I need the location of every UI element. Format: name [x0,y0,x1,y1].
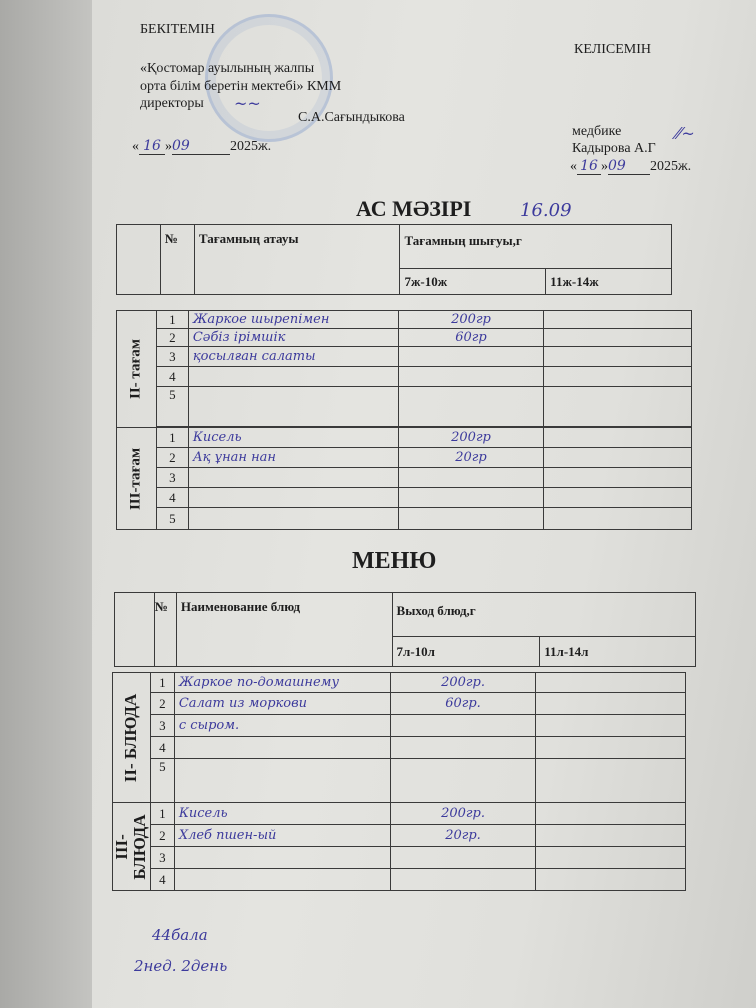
table-row: 2 Ақ ұнан нан 20гр [117,448,692,468]
table-row: II- БЛЮДА 1 Жаркое по-домашнему 200гр. [113,673,686,693]
yield-age1: 60гр [398,329,544,347]
yield-age2 [536,803,686,825]
row-number: 5 [156,508,188,530]
ru-section-2: II- БЛЮДА 1 Жаркое по-домашнему 200гр. 2… [113,673,686,803]
kz-header-yield: Тағамның шығуы,г [400,225,672,269]
yield-age1 [398,488,544,508]
approval-org-line2: орта білім беретін мектебі» КММ [140,79,341,95]
ru-header-age1: 7л-10л [392,637,540,667]
ru-section-3: III- БЛЮДА 1 Кисель 200гр. 2 Хлеб пшен-ы… [113,803,686,891]
yield-age1: 20гр [398,448,544,468]
table-row: 5 [117,387,692,427]
yield-age1 [390,715,536,737]
yield-age1 [390,869,536,891]
dish-name [174,737,390,759]
table-row: 4 [117,488,692,508]
kz-header-spacer [117,225,161,295]
kz-section-3: III-тағам 1 Кисель 200гр 2 Ақ ұнан нан 2… [117,428,692,530]
kz-section-2: II- тағам 1 Жаркое шырепімен 200гр 2 Сәб… [117,311,692,428]
ru-menu-header-table: № Наименование блюд Выход блюд,г 7л-10л … [114,592,696,667]
yield-age2 [544,508,692,530]
kz-section-2-label: II- тағам [128,339,145,399]
agreement-heading: КЕЛІСЕМІН [574,42,651,58]
row-number: 1 [150,803,174,825]
yield-age2 [536,737,686,759]
yield-age2 [536,673,686,693]
yield-age2 [536,869,686,891]
row-number: 2 [150,693,174,715]
kz-header-age2: 11ж-14ж [546,269,672,295]
approval-org-line1: «Қостомар ауылының жалпы [140,61,314,77]
dish-name: Кисель [188,428,398,448]
table-row: II- тағам 1 Жаркое шырепімен 200гр [117,311,692,329]
ru-section-label-cell: II- БЛЮДА [113,673,151,803]
yield-age2 [544,329,692,347]
ru-section-label-cell: III- БЛЮДА [113,803,151,891]
kz-section-label-cell: II- тағам [117,311,157,428]
agreement-position: медбике [572,124,621,140]
approval-date: «16»092025ж. [132,138,271,155]
yield-age1: 200гр [398,428,544,448]
ru-header-age2: 11л-14л [540,637,696,667]
table-row: 3 [113,847,686,869]
yield-age1: 200гр. [390,803,536,825]
ru-header-dish-name: Наименование блюд [176,593,392,667]
row-number: 4 [156,367,188,387]
yield-age1 [398,508,544,530]
row-number: 3 [156,468,188,488]
yield-age1 [398,367,544,387]
table-row: 4 [113,737,686,759]
yield-age2 [544,468,692,488]
table-row: III-тағам 1 Кисель 200гр [117,428,692,448]
yield-age1 [398,347,544,367]
dish-name: Жаркое шырепімен [188,311,398,329]
kz-section-3-label: III-тағам [128,447,145,509]
row-number: 3 [156,347,188,367]
dish-name [174,759,390,803]
row-number: 3 [150,847,174,869]
table-row: 4 [117,367,692,387]
yield-age1: 60гр. [390,693,536,715]
approval-date-year: 2025ж. [230,139,271,154]
yield-age2 [536,847,686,869]
dish-name: Жаркое по-домашнему [174,673,390,693]
row-number: 2 [156,329,188,347]
agreement-date: «16»092025ж. [570,158,691,175]
yield-age1 [390,847,536,869]
ru-menu-title: МЕНЮ [352,548,436,575]
yield-age2 [536,759,686,803]
agreement-date-year: 2025ж. [650,159,691,174]
kz-header-no: № [160,225,194,295]
dish-name: с сыром. [174,715,390,737]
dish-name [188,468,398,488]
row-number: 1 [156,311,188,329]
dish-name: Салат из моркови [174,693,390,715]
yield-age2 [544,367,692,387]
table-row: 3 с сыром. [113,715,686,737]
agreement-date-day: 16 [577,158,601,175]
table-row: 4 [113,869,686,891]
dish-name: Кисель [174,803,390,825]
yield-age1 [390,737,536,759]
yield-age2 [544,428,692,448]
yield-age2 [544,387,692,427]
yield-age2 [536,715,686,737]
row-number: 4 [156,488,188,508]
row-number: 5 [150,759,174,803]
table-row: 2 Сәбіз ірімшік 60гр [117,329,692,347]
dish-name: Ақ ұнан нан [188,448,398,468]
yield-age2 [544,448,692,468]
dish-name [188,508,398,530]
ru-header-no: № [154,593,176,667]
ru-header-yield: Выход блюд,г [392,593,695,637]
yield-age2 [544,311,692,329]
dish-name [174,869,390,891]
row-number: 1 [156,428,188,448]
kz-menu-body-table: II- тағам 1 Жаркое шырепімен 200гр 2 Сәб… [116,310,692,530]
table-row: 3 қосылған салаты [117,347,692,367]
kz-header-dish-name: Тағамның атауы [194,225,400,295]
table-row: 5 [113,759,686,803]
yield-age2 [536,825,686,847]
dish-name [188,488,398,508]
ru-section-3-label: III- БЛЮДА [113,807,149,887]
kz-menu-header-table: № Тағамның атауы Тағамның шығуы,г 7ж-10ж… [116,224,672,295]
ru-header-spacer [115,593,155,667]
kz-section-label-cell: III-тағам [117,428,157,530]
yield-age2 [536,693,686,715]
yield-age2 [544,488,692,508]
page-edge-shadow [0,0,92,1008]
footer-note-week-day: 2нед. 2день [134,957,227,975]
kz-menu-date-note: 16.09 [520,200,572,221]
approval-name: С.А.Сағындыкова [298,110,405,126]
ru-menu-body-table: II- БЛЮДА 1 Жаркое по-домашнему 200гр. 2… [112,672,686,891]
kz-header-age1: 7ж-10ж [400,269,546,295]
row-number: 1 [150,673,174,693]
director-signature: ~~ [234,94,261,113]
table-row: 5 [117,508,692,530]
yield-age2 [544,347,692,367]
nurse-signature: ⁄⁄~ [676,124,695,143]
row-number: 4 [150,737,174,759]
row-number: 3 [150,715,174,737]
approval-date-day: 16 [139,138,165,155]
row-number: 4 [150,869,174,891]
yield-age1: 200гр. [390,673,536,693]
yield-age1: 20гр. [390,825,536,847]
footer-note-children-count: 44бала [152,926,208,944]
table-row: 2 Хлеб пшен-ый 20гр. [113,825,686,847]
agreement-date-month: 09 [608,158,650,175]
approval-date-month: 09 [172,138,230,155]
approval-heading: БЕКІТЕМІН [140,22,215,38]
agreement-name: Кадырова А.Г [572,141,656,157]
yield-age1 [398,468,544,488]
dish-name: Хлеб пшен-ый [174,825,390,847]
dish-name [188,387,398,427]
dish-name: Сәбіз ірімшік [188,329,398,347]
yield-age1 [390,759,536,803]
approval-position: директоры [140,96,204,112]
table-row: 3 [117,468,692,488]
dish-name [174,847,390,869]
yield-age1 [398,387,544,427]
kz-menu-title: АС МӘЗІРІ [356,196,471,222]
ru-section-2-label: II- БЛЮДА [121,693,141,781]
row-number: 2 [150,825,174,847]
row-number: 5 [156,387,188,427]
yield-age1: 200гр [398,311,544,329]
table-row: 2 Салат из моркови 60гр. [113,693,686,715]
table-row: III- БЛЮДА 1 Кисель 200гр. [113,803,686,825]
dish-name [188,367,398,387]
row-number: 2 [156,448,188,468]
dish-name: қосылған салаты [188,347,398,367]
